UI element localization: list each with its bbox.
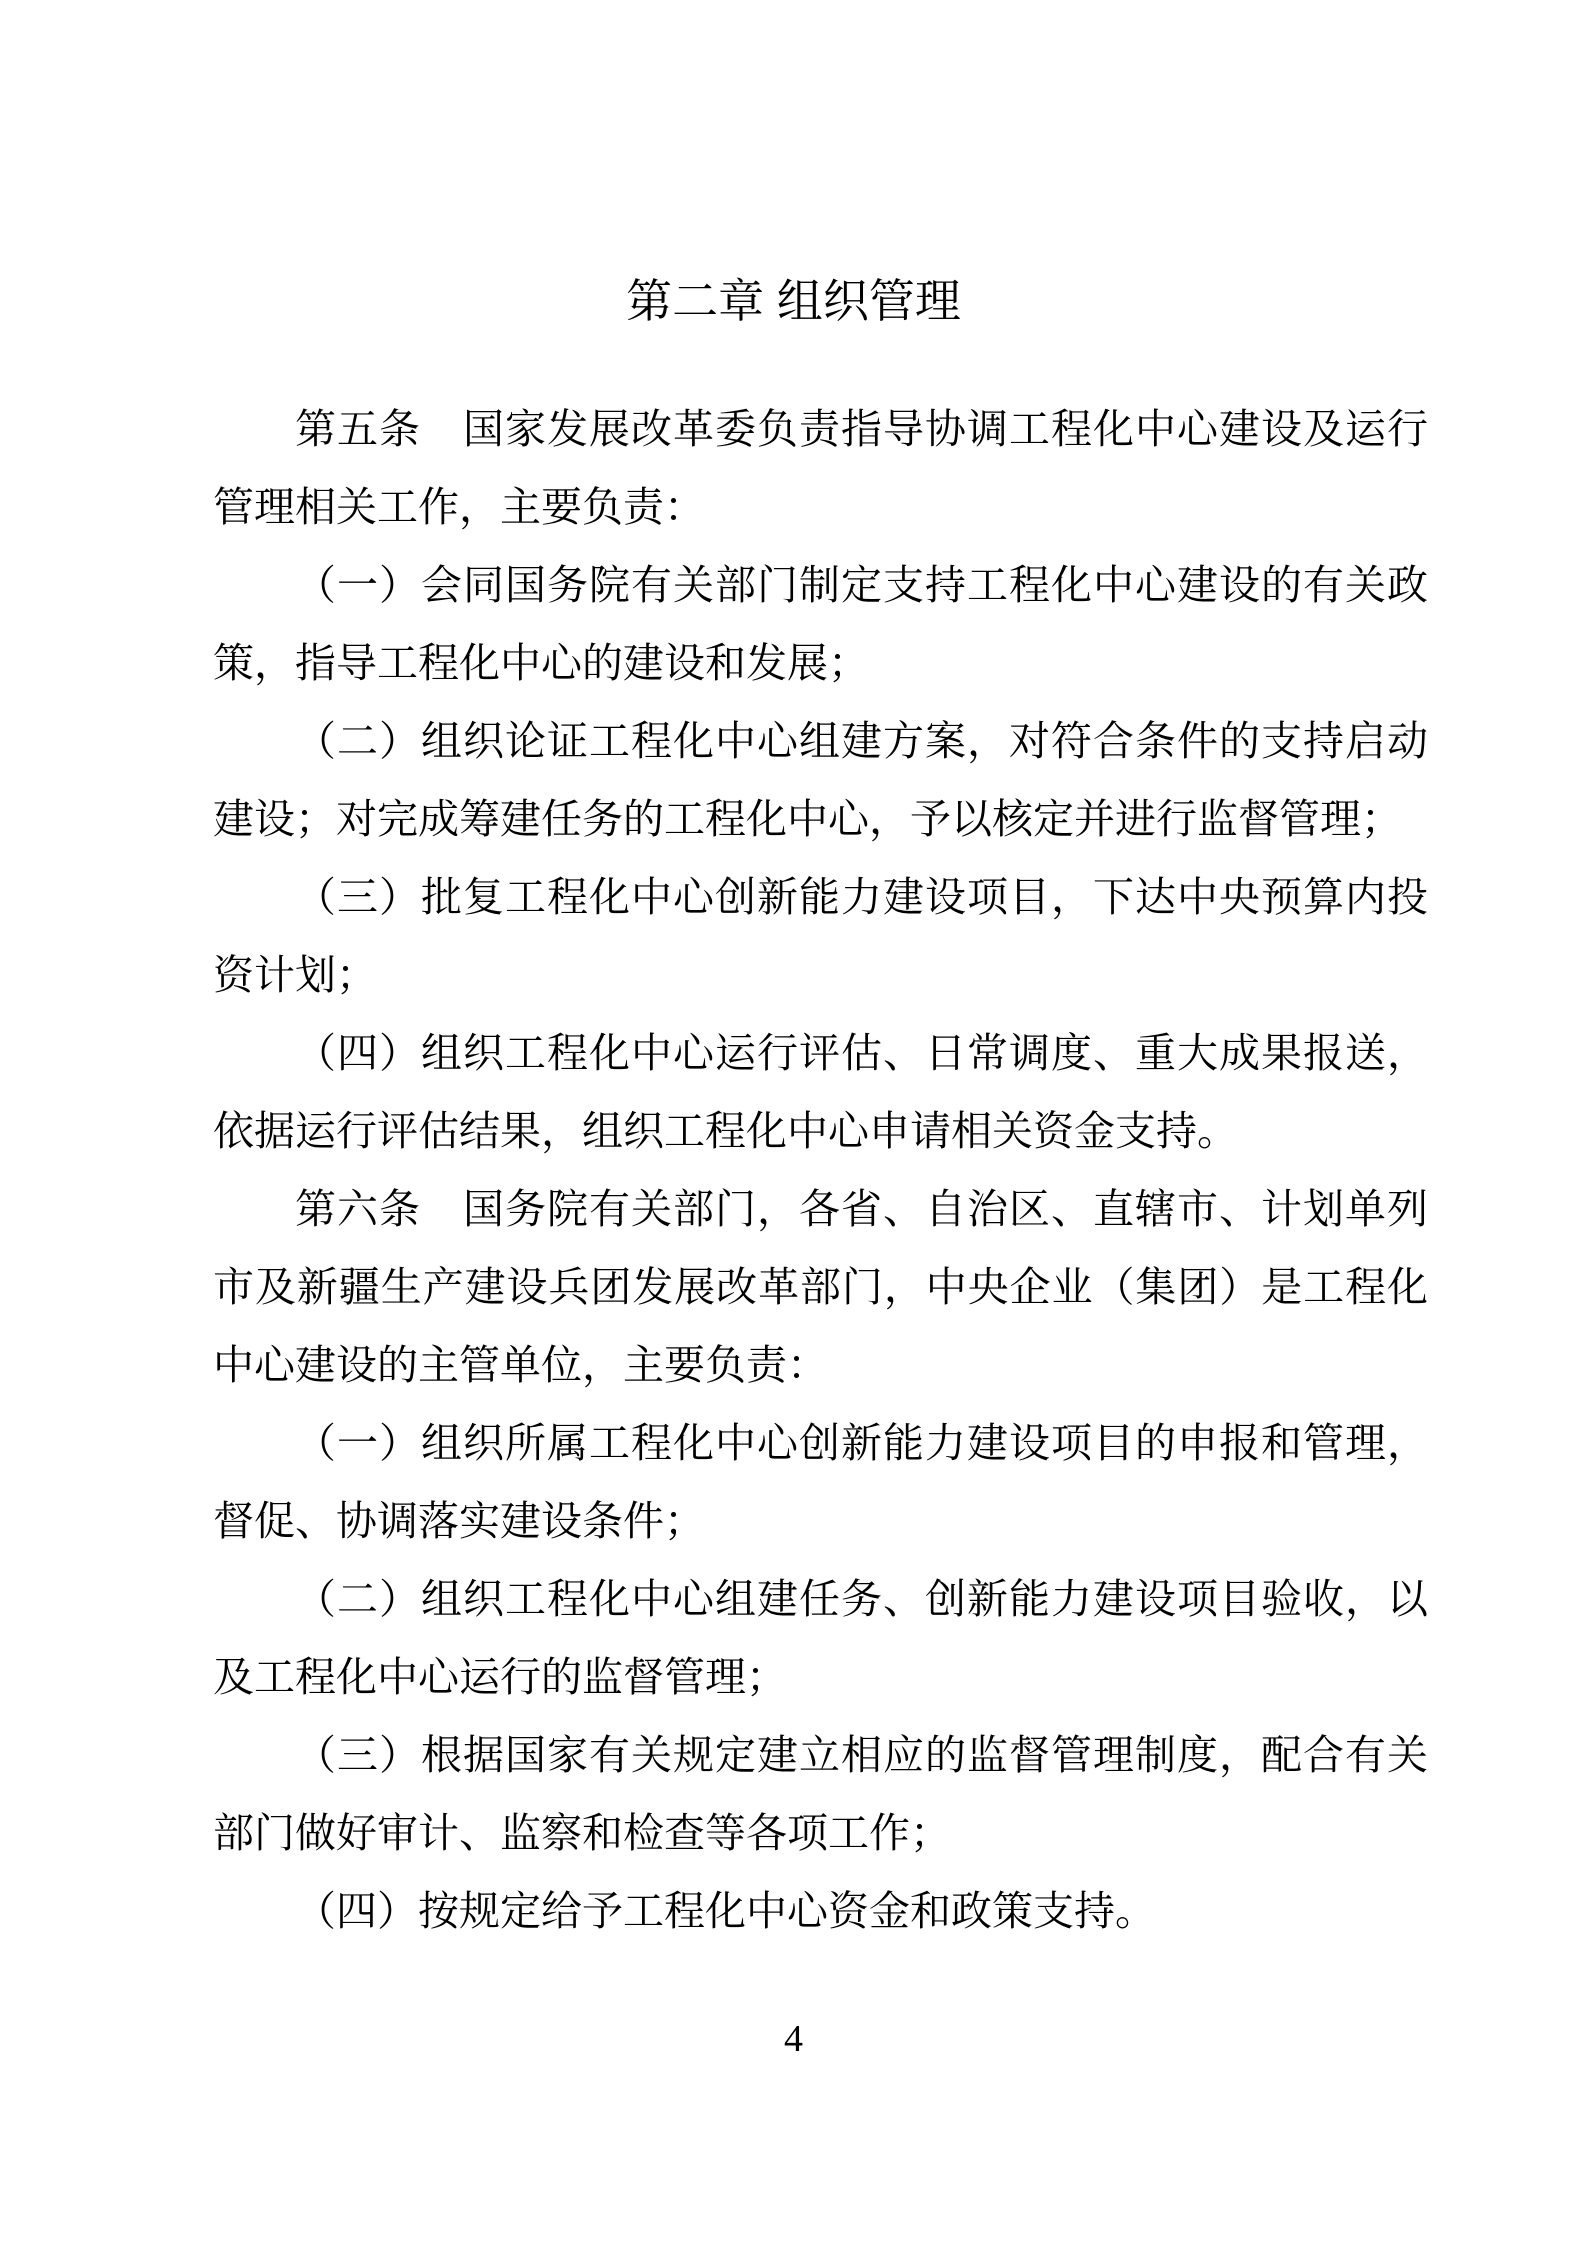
paragraph-article-5-item-3: （三）批复工程化中心创新能力建设项目，下达中央预算内投资计划； <box>213 858 1428 1014</box>
paragraph-article-6-item-4: （四）按规定给予工程化中心资金和政策支持。 <box>213 1872 1428 1950</box>
page-number: 4 <box>0 2016 1587 2062</box>
paragraph-article-5-item-4: （四）组织工程化中心运行评估、日常调度、重大成果报送，依据运行评估结果，组织工程… <box>213 1014 1428 1170</box>
paragraph-article-6-item-3: （三）根据国家有关规定建立相应的监督管理制度，配合有关部门做好审计、监察和检查等… <box>213 1716 1428 1872</box>
paragraph-article-5-item-2: （二）组织论证工程化中心组建方案，对符合条件的支持启动建设；对完成筹建任务的工程… <box>213 702 1428 858</box>
paragraph-article-6-item-1: （一）组织所属工程化中心创新能力建设项目的申报和管理，督促、协调落实建设条件； <box>213 1404 1428 1560</box>
paragraph-article-5-item-1: （一）会同国务院有关部门制定支持工程化中心建设的有关政策，指导工程化中心的建设和… <box>213 546 1428 702</box>
paragraph-article-5: 第五条 国家发展改革委负责指导协调工程化中心建设及运行管理相关工作，主要负责： <box>213 390 1428 546</box>
paragraph-article-6-item-2: （二）组织工程化中心组建任务、创新能力建设项目验收，以及工程化中心运行的监督管理… <box>213 1560 1428 1716</box>
paragraph-article-6: 第六条 国务院有关部门，各省、自治区、直辖市、计划单列市及新疆生产建设兵团发展改… <box>213 1170 1428 1404</box>
chapter-heading: 第二章 组织管理 <box>0 262 1587 340</box>
document-body: 第五条 国家发展改革委负责指导协调工程化中心建设及运行管理相关工作，主要负责： … <box>213 390 1428 1950</box>
document-page: 第二章 组织管理 第五条 国家发展改革委负责指导协调工程化中心建设及运行管理相关… <box>0 0 1587 2245</box>
